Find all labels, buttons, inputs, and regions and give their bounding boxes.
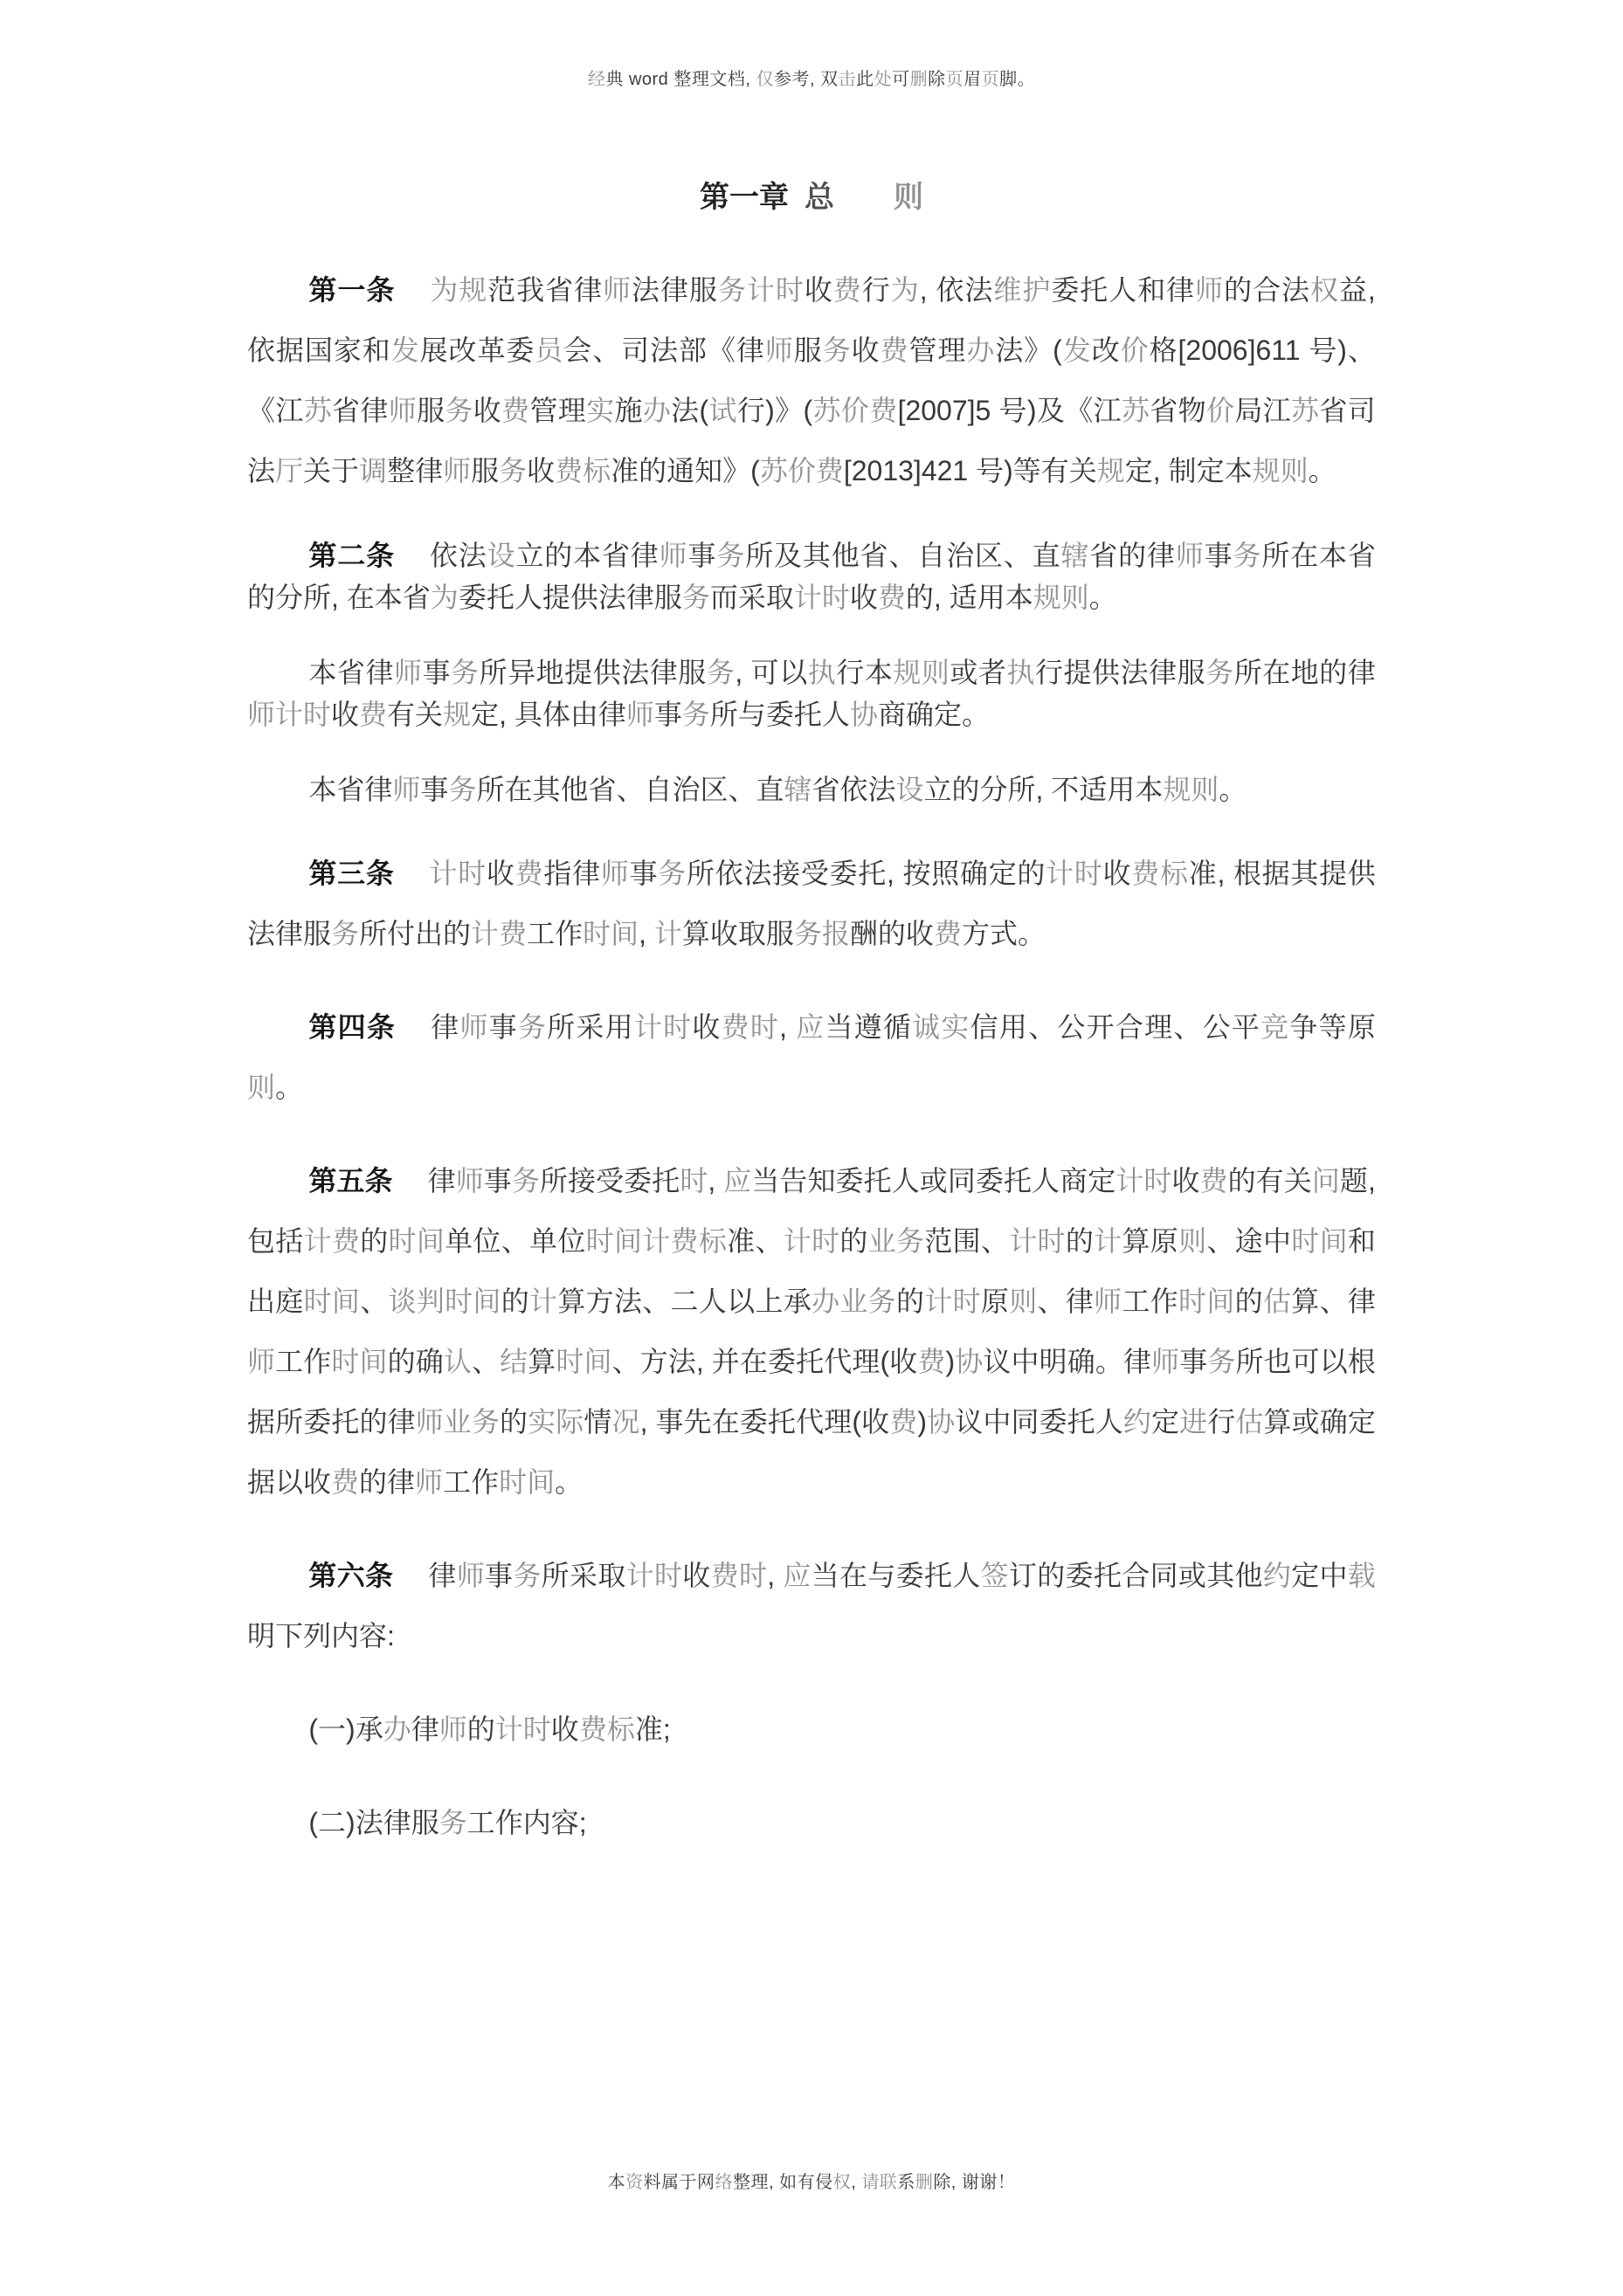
paragraph-text: 本省律师事务所在其他省、自治区、直辖省依法设立的分所, 不适用本规则。 <box>308 774 1247 805</box>
article-paragraph: 第一条为规范我省律师法律服务计时收费行为, 依法维护委托人和律师的合法权益, 依… <box>247 260 1376 501</box>
article-label: 第三条 <box>308 858 394 889</box>
article-paragraph: 第六条律师事务所采取计时收费时, 应当在与委托人签订的委托合同或其他约定中载明下… <box>247 1546 1376 1666</box>
page-footer-text: 本资料属于网络整理, 如有侵权, 请联系删除, 谢谢！ <box>608 2173 1016 2192</box>
article-label: 第四条 <box>308 1011 396 1043</box>
page-footer: 本资料属于网络整理, 如有侵权, 请联系删除, 谢谢！ <box>0 2168 1623 2193</box>
document-body: 第一条为规范我省律师法律服务计时收费行为, 依法维护委托人和律师的合法权益, 依… <box>247 260 1376 1853</box>
body-paragraph: 本省律师事务所在其他省、自治区、直辖省依法设立的分所, 不适用本规则。 <box>247 769 1376 810</box>
paragraph-text: 为规范我省律师法律服务计时收费行为, 依法维护委托人和律师的合法权益, 依据国家… <box>247 274 1376 486</box>
paragraph-text: 计时收费指律师事务所依法接受委托, 按照确定的计时收费标准, 根据其提供法律服务… <box>247 858 1376 949</box>
chapter-number: 第一章 <box>700 181 789 214</box>
paragraph-text: 律师事务所采取计时收费时, 应当在与委托人签订的委托合同或其他约定中载明下列内容… <box>247 1560 1376 1651</box>
article-label: 第六条 <box>308 1560 393 1591</box>
document-page: 经典 word 整理文档, 仅参考, 双击此处可删除页眉页脚。 第一章总 则 第… <box>0 0 1623 2296</box>
article-paragraph: 第三条计时收费指律师事务所依法接受委托, 按照确定的计时收费标准, 根据其提供法… <box>247 844 1376 964</box>
article-label: 第一条 <box>308 274 395 306</box>
paragraph-text: (二)法律服务工作内容; <box>308 1807 586 1838</box>
body-paragraph: 本省律师事务所异地提供法律服务, 可以执行本规则或者执行提供法律服务所在地的律师… <box>247 652 1376 735</box>
body-paragraph: (一)承办律师的计时收费标准; <box>247 1700 1376 1760</box>
paragraph-text: 律师事务所接受委托时, 应当告知委托人或同委托人商定计时收费的有关问题, 包括计… <box>247 1165 1376 1498</box>
article-paragraph: 第四条律师事务所采用计时收费时, 应当遵循诚实信用、公开合理、公平竞争等原则。 <box>247 997 1376 1118</box>
chapter-name: 总 则 <box>805 181 923 214</box>
article-paragraph: 第二条依法设立的本省律师事务所及其他省、自治区、直辖省的律师事务所在本省的分所,… <box>247 534 1376 618</box>
page-header: 经典 word 整理文档, 仅参考, 双击此处可删除页眉页脚。 <box>0 65 1623 90</box>
paragraph-text: 本省律师事务所异地提供法律服务, 可以执行本规则或者执行提供法律服务所在地的律师… <box>247 657 1376 730</box>
article-label: 第二条 <box>308 540 395 571</box>
paragraph-text: (一)承办律师的计时收费标准; <box>308 1713 670 1745</box>
article-label: 第五条 <box>308 1165 392 1196</box>
paragraph-text: 律师事务所采用计时收费时, 应当遵循诚实信用、公开合理、公平竞争等原则。 <box>247 1011 1376 1103</box>
body-paragraph: (二)法律服务工作内容; <box>247 1793 1376 1853</box>
document-content: 第一章总 则 第一条为规范我省律师法律服务计时收费行为, 依法维护委托人和律师的… <box>247 0 1376 1853</box>
page-title: 第一章总 则 <box>247 175 1376 220</box>
page-header-text: 经典 word 整理文档, 仅参考, 双击此处可删除页眉页脚。 <box>588 70 1035 89</box>
paragraph-text: 依法设立的本省律师事务所及其他省、自治区、直辖省的律师事务所在本省的分所, 在本… <box>247 540 1376 613</box>
article-paragraph: 第五条律师事务所接受委托时, 应当告知委托人或同委托人商定计时收费的有关问题, … <box>247 1151 1376 1513</box>
